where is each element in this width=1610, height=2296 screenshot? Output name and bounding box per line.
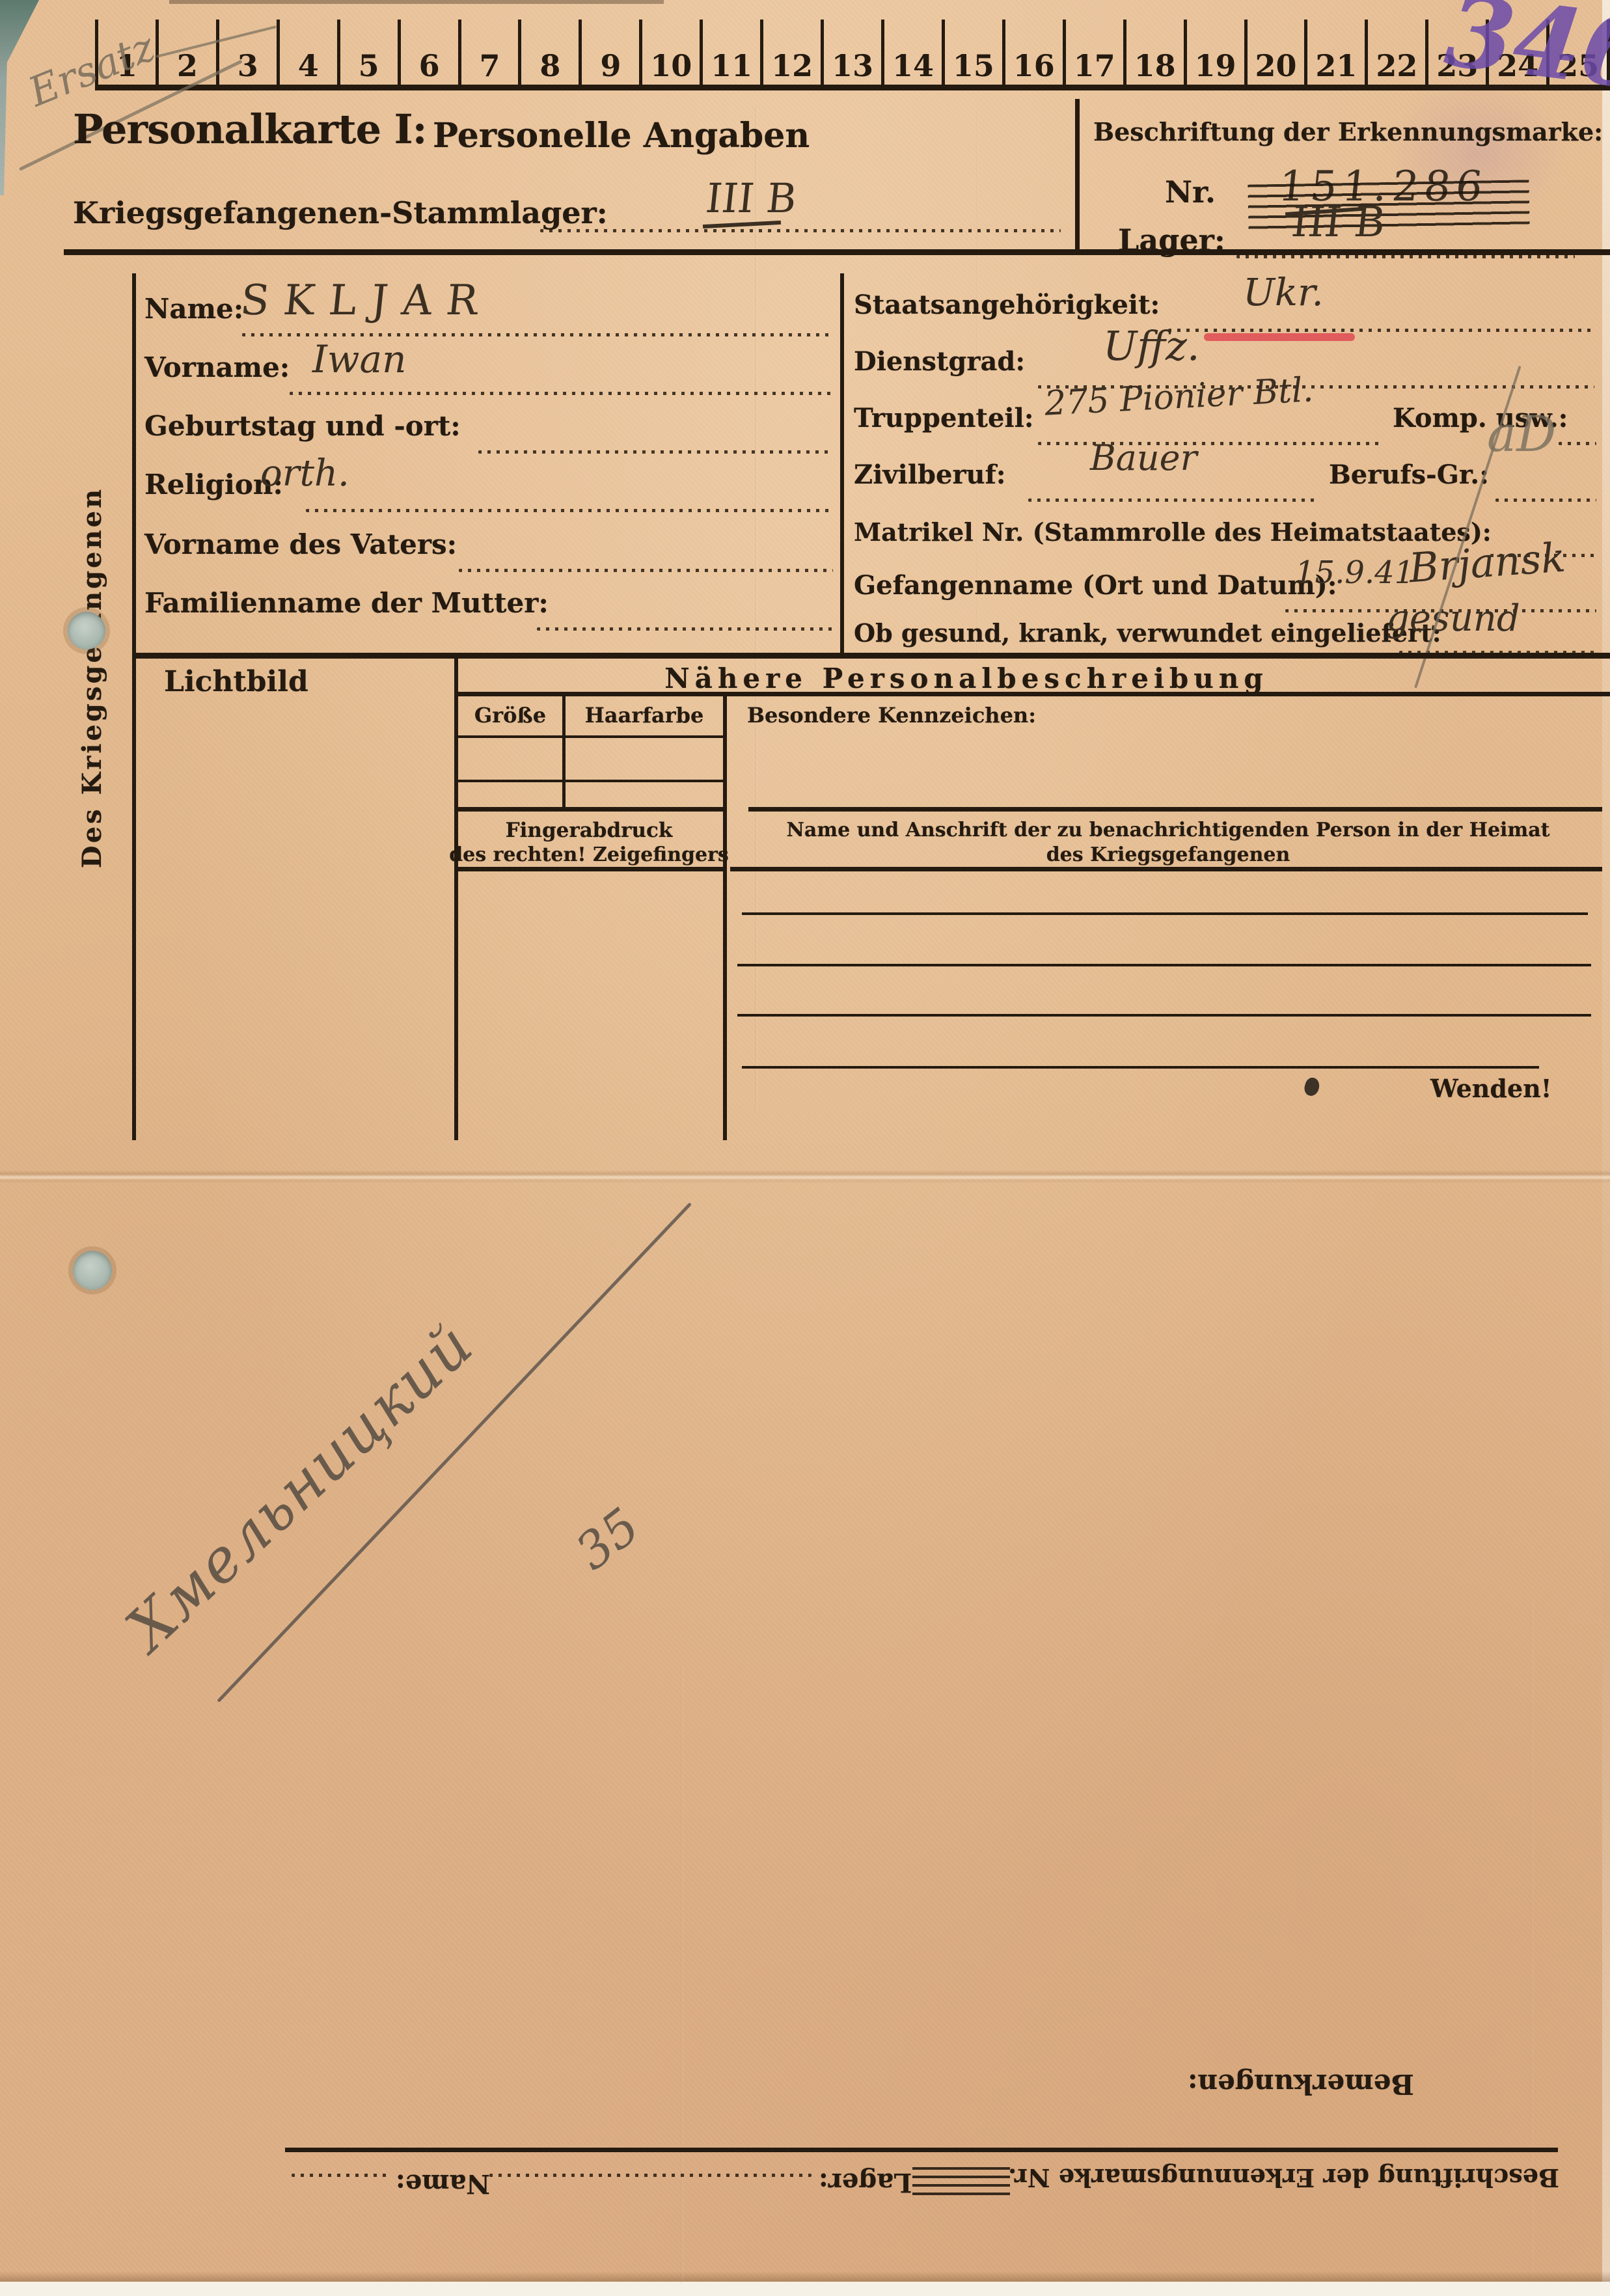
fingerprint-label-line2: des rechten! Zeigefingers <box>449 843 729 866</box>
marke-box-label: Beschriftung der Erkennungsmarke: <box>1093 117 1601 146</box>
notify-writing-line-3 <box>737 1014 1591 1017</box>
field-vater-label: Vorname des Vaters: <box>144 528 457 560</box>
field-zivilberuf-value: Bauer <box>1090 437 1197 478</box>
wenden-label: Wenden! <box>1430 1074 1551 1103</box>
field-staat-value: Ukr. <box>1243 270 1324 314</box>
field-zivilberuf-line <box>1028 499 1315 502</box>
notify-writing-line-1 <box>742 912 1588 915</box>
field-staat-line <box>1168 329 1594 332</box>
field-dienstgrad-value: Uffz. <box>1103 322 1200 370</box>
field-name-label: Name: <box>144 293 243 325</box>
field-vorname-label: Vorname: <box>144 351 290 383</box>
pow-personal-card-scan: 1 2 3 4 5 6 7 8 9 10 11 12 13 14 15 16 1… <box>0 0 1610 2296</box>
measurement-row-line-2 <box>454 780 726 782</box>
ink-speck <box>1302 1076 1322 1097</box>
card-title: Personalkarte I: <box>73 105 426 153</box>
pencil-scribble-ersatz: Ersatz <box>22 23 161 116</box>
kennzeichen-header: Besondere Kennzeichen: <box>747 703 1036 728</box>
punch-hole-top <box>68 612 105 649</box>
ruler-cell: 19 <box>1184 20 1244 87</box>
ruler-cell: 21 <box>1304 20 1365 87</box>
marke-nr-strike-lines <box>1248 180 1529 233</box>
measurement-row-line-1 <box>454 735 726 738</box>
field-name-line <box>242 333 833 336</box>
ruler-cell: 22 <box>1365 20 1425 87</box>
field-berufsgr-label: Berufs-Gr.: <box>1329 459 1489 490</box>
ruler-cell: 5 <box>337 20 398 87</box>
field-gefangennahme-place: Brjansk <box>1408 534 1567 592</box>
ruler-cell: 17 <box>1063 20 1123 87</box>
groesse-header: Größe <box>458 703 562 728</box>
ruler-cell: 6 <box>398 20 458 87</box>
field-geburtstag-label: Geburtstag und -ort: <box>144 410 461 442</box>
ruler-cell: 15 <box>942 20 1002 87</box>
signature-handwriting: Хмельницкий <box>115 1311 485 1663</box>
field-gefangennahme-date: 15.9.41 <box>1295 554 1414 591</box>
lichtbild-label: Lichtbild <box>164 665 308 698</box>
ruler-cell: 18 <box>1123 20 1184 87</box>
footer-name-label: Name: <box>396 2168 490 2199</box>
marke-box-left-border <box>1075 99 1080 253</box>
ruler-cell: 7 <box>458 20 519 87</box>
field-vorname-line <box>290 392 833 395</box>
personalbeschreibung-title: Nähere Personalbeschreibung <box>462 663 1471 694</box>
ruler-cell: 13 <box>821 20 881 87</box>
notify-label-line2: des Kriegsgefangenen <box>732 843 1604 866</box>
field-matrikel-label: Matrikel Nr. (Stammrolle des Heimatstaat… <box>854 517 1492 547</box>
ruler-cell: 9 <box>579 20 639 87</box>
field-religion-line <box>306 509 833 512</box>
notify-label-line1: Name und Anschrift der zu benachrichtige… <box>732 819 1604 841</box>
camp-index-ruler: 1 2 3 4 5 6 7 8 9 10 11 12 13 14 15 16 1… <box>95 20 1610 87</box>
stammlager-value: III B <box>703 174 798 222</box>
footer-lager-line <box>489 2174 812 2177</box>
crease-vertical-2 <box>681 1666 683 2284</box>
stammlager-line <box>540 229 1061 232</box>
ruler-cell: 16 <box>1002 20 1063 87</box>
field-dienstgrad-label: Dienstgrad: <box>854 346 1025 377</box>
field-berufsgr-line <box>1495 499 1596 502</box>
ruler-cell: 4 <box>277 20 337 87</box>
ruler-cell: 14 <box>881 20 942 87</box>
field-staat-label: Staatsangehörigkeit: <box>854 290 1160 320</box>
marke-lager-value: III B <box>1289 198 1387 247</box>
field-truppenteil-value: 275 Pionier Btl. <box>1044 370 1315 424</box>
description-header-rule <box>454 692 1610 696</box>
footer-heavy-rule <box>285 2148 1558 2152</box>
haarfarbe-header: Haarfarbe <box>566 703 723 728</box>
ruler-cell: 11 <box>700 20 760 87</box>
main-box-center-divider <box>840 273 844 656</box>
card-subtitle: Personelle Angaben <box>433 116 810 156</box>
ruler-cell: 12 <box>760 20 821 87</box>
signature-number: 35 <box>565 1497 650 1581</box>
footer-nr-hatch-lines <box>912 2167 1010 2197</box>
footer-name-line <box>292 2174 388 2177</box>
stammlager-label: Kriegsgefangenen-Stammlager: <box>73 195 608 230</box>
crease-vertical-1 <box>755 107 757 1110</box>
field-gesund-value: gesund <box>1386 597 1520 640</box>
field-vater-line <box>459 569 833 572</box>
footer-lager-label: Lager: <box>819 2167 912 2198</box>
fingerprint-box-bottom-rule <box>454 867 726 871</box>
fingerprint-label-line1: Fingerabdruck <box>449 819 729 842</box>
footer-marke-label: Beschriftung der Erkennungsmarke Nr. <box>1005 2163 1562 2193</box>
field-zivilberuf-label: Zivilberuf: <box>854 459 1006 490</box>
scan-edge-right <box>1602 0 1610 2296</box>
field-truppenteil-label: Truppenteil: <box>854 403 1034 433</box>
scan-edge-top <box>169 0 664 4</box>
fingerprint-box-top-rule <box>454 807 726 812</box>
field-mutter-line <box>537 627 833 631</box>
field-gefangennahme-label: Gefangenname (Ort und Datum): <box>854 570 1337 601</box>
field-name-value: SKLJAR <box>238 277 495 325</box>
field-komp-line <box>1559 442 1596 445</box>
field-gesund-label: Ob gesund, krank, verwundet eingeliefert… <box>854 618 1441 648</box>
staat-red-underline <box>1204 333 1355 341</box>
main-box-left-border <box>132 273 136 1140</box>
ruler-cell: 20 <box>1244 20 1305 87</box>
marke-lager-line <box>1236 255 1575 258</box>
ruler-cell: 8 <box>518 20 579 87</box>
fold-crease <box>0 1170 1610 1183</box>
side-owner-text: Des Kriegsgefangenen <box>77 476 115 879</box>
field-vorname-value: Iwan <box>312 337 407 381</box>
notify-box-top-rule <box>748 807 1602 812</box>
bemerkungen-label: Bemerkungen: <box>1188 2068 1414 2100</box>
header-divider-rule <box>64 249 1610 255</box>
ruler-baseline <box>95 85 1610 90</box>
notify-writing-line-4 <box>742 1066 1539 1069</box>
scan-edge-bottom <box>0 2282 1610 2296</box>
field-mutter-label: Familienname der Mutter: <box>144 587 549 619</box>
description-top-rule <box>132 653 1610 659</box>
field-geburtstag-line <box>478 450 833 454</box>
notify-writing-line-2 <box>737 964 1591 966</box>
marke-nr-label: Nr. <box>1165 174 1216 210</box>
ruler-cell: 10 <box>639 20 700 87</box>
kennzeichen-column-divider <box>723 692 727 1140</box>
pencil-unit-text: aD <box>1487 405 1556 463</box>
punch-hole-bottom <box>73 1251 112 1290</box>
field-religion-value: orth. <box>260 452 349 495</box>
notify-box-bottom-rule <box>730 867 1602 871</box>
